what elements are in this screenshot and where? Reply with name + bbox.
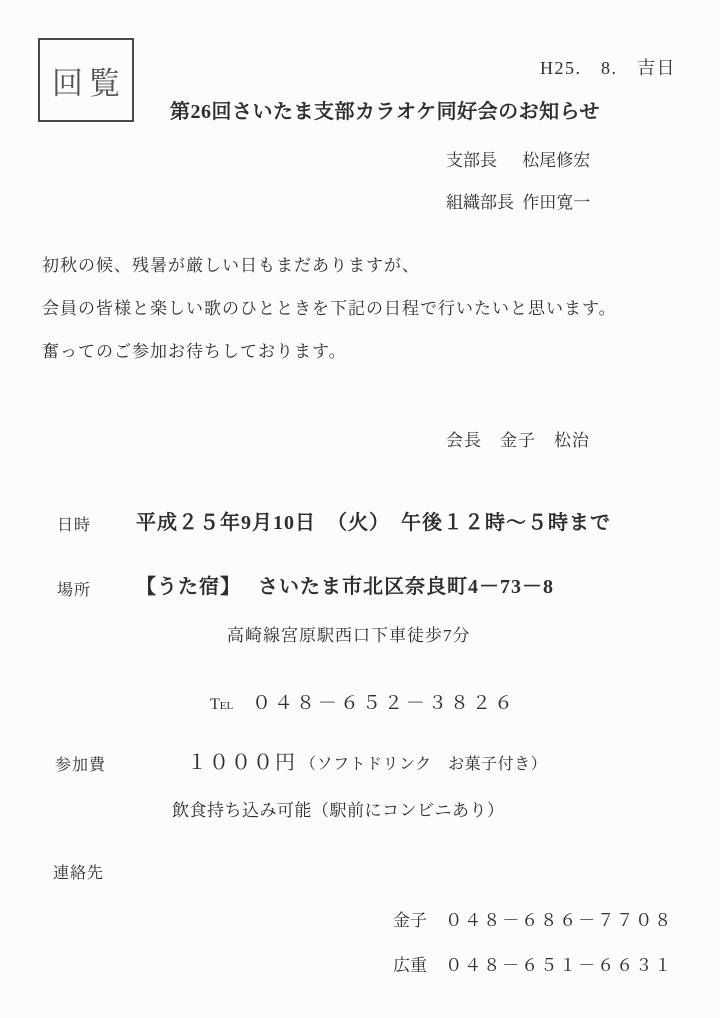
officer-organization-chief: 組織部長 作田寛一 [446, 188, 590, 213]
officer-role: 支部長 [446, 146, 518, 171]
place-value: 【うた宿】 さいたま市北区奈良町4－73－8 [136, 570, 554, 599]
officer-role: 組織部長 [446, 188, 518, 213]
circular-notice-page: 回覧 H25. 8. 吉日 第26回さいたま支部カラオケ同好会のお知らせ 支部長… [0, 0, 720, 1018]
kairan-stamp-text: 回覧 [52, 58, 126, 103]
contact-name: 広重 [393, 956, 427, 975]
contact-phone-number: ０４８－６５１－６６３１ [445, 956, 673, 975]
greeting-line: 初秋の候、残暑が厳しい日もまだありますが、 [42, 251, 420, 276]
document-date: H25. 8. 吉日 [540, 54, 676, 80]
place-access-note: 高崎線宮原駅西口下車徒歩7分 [227, 621, 471, 646]
greeting-line: 会員の皆様と楽しい歌のひとときを下記の日程で行いたいと思います。 [42, 294, 617, 319]
officer-branch-chief: 支部長 松尾修宏 [446, 146, 590, 171]
contact-entry: 広重 ０４８－６５１－６６３１ [393, 951, 673, 976]
officer-name: 松尾修宏 [522, 151, 590, 170]
contact-entry: 金子 ０４８－６８６－７７０８ [393, 906, 673, 931]
datetime-value: 平成２５年9月10日 （火） 午後１２時～５時まで [136, 506, 611, 535]
fee-value: １０００円 [187, 746, 297, 775]
fee-note: （ソフトドリンク お菓子付き） [300, 751, 547, 774]
contact-name: 金子 [393, 911, 427, 930]
chairman-signature: 会長 金子 松治 [446, 426, 590, 451]
tel-label: Tel [210, 696, 233, 713]
venue-phone-number: ０４８－６５２－３８２６ [252, 693, 516, 714]
contact-label: 連絡先 [53, 860, 104, 883]
greeting-line: 奮ってのご参加お待ちしております。 [42, 337, 347, 362]
contact-phone-number: ０４８－６８６－７７０８ [445, 911, 673, 930]
document-title: 第26回さいたま支部カラオケ同好会のお知らせ [170, 95, 600, 124]
datetime-label: 日時 [57, 512, 91, 535]
venue-phone-line: Tel ０４８－６５２－３８２６ [210, 688, 516, 715]
kairan-stamp-box: 回覧 [38, 38, 134, 122]
fee-label: 参加費 [55, 752, 106, 775]
officer-name: 作田寛一 [522, 193, 590, 212]
food-policy-note: 飲食持ち込み可能（駅前にコンビニあり） [172, 796, 505, 821]
place-label: 場所 [57, 577, 91, 600]
